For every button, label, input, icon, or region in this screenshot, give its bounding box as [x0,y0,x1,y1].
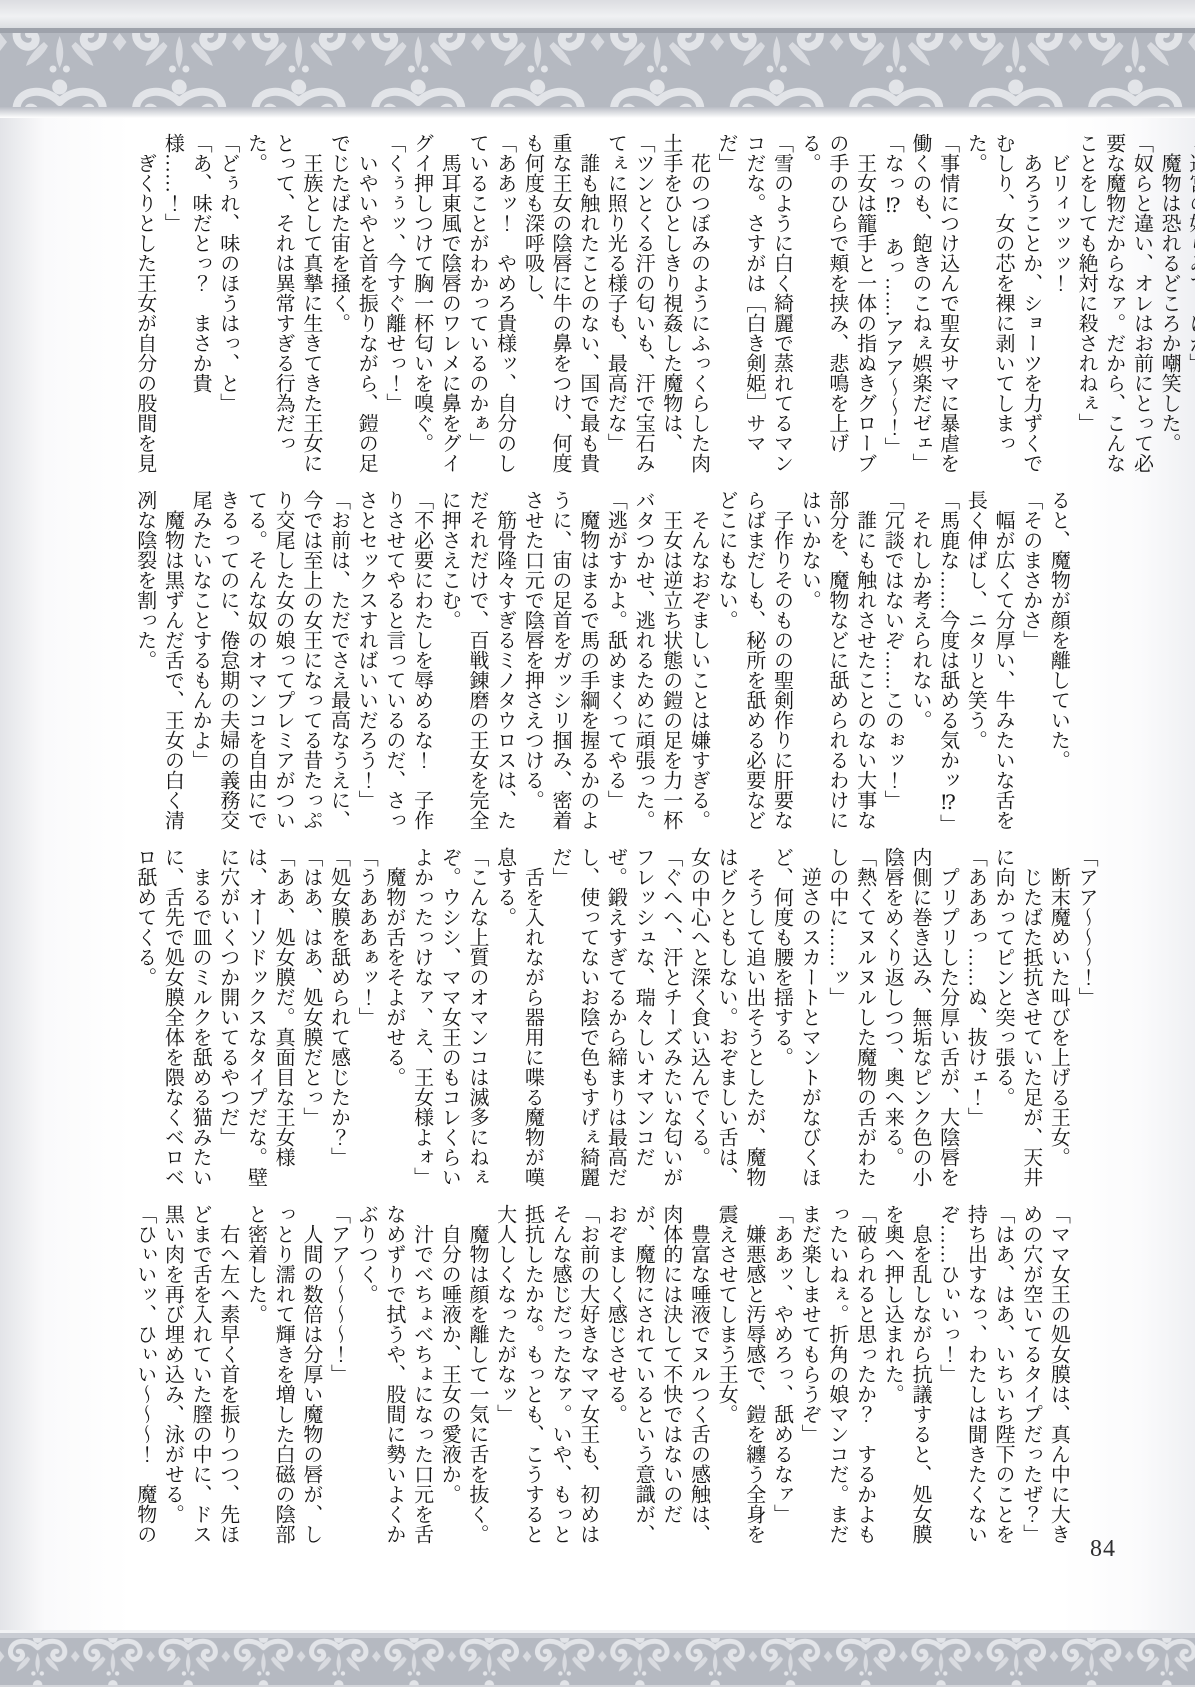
paragraph: 「雪のように白く綺麗で蒸れてるマンコだな。さすがは［白き剣姫］サマだ」 [711,133,794,473]
paragraph: 「あ、味だとっ？ まさか貴様……！」 [158,133,213,473]
paragraph: 魔物は顔を離して一気に舌を抜く。 [462,1204,490,1544]
paragraph: 「熱くてヌルヌルした魔物の舌がわたしの中に……ッ」 [822,847,877,1187]
paragraph: 「迷宮の奴らみてぇにか」 [1182,133,1195,473]
paragraph: あろうことか、ショーツを力ずくでむしり、女の芯を裸に剥いてしまった。 [961,133,1044,473]
paragraph: 断末魔めいた叫びを上げる王女。 [1044,847,1072,1187]
paragraph: 息を乱しながら抗議すると、処女膜を奥へ押し込まれた。 [878,1204,933,1544]
paragraph: 「ああッ、やめろっ、舐めるなァ」 [767,1204,795,1544]
paragraph: ると、魔物が顔を離していた。 [1044,490,1072,830]
paragraph: 逆さのスカートとマントがなびくほど、何度も腰を揺する。 [767,847,822,1187]
paragraph: 誰も触れたことのない、国で最も貴重な王女の陰唇に牛の鼻をつけ、何度も何度も深呼吸… [518,133,601,473]
paragraph: 「処女膜を舐められて感じたか？」 [324,847,352,1187]
text-band-3: 「アア～～～！」 断末魔めいた叫びを上げる王女。 じたばた抵抗させていた足が、天… [130,847,1099,1187]
ornamental-border-bottom-icon [0,1630,1195,1687]
page-number: 84 [1077,1536,1129,1563]
paragraph: 自分の唾液か、王女の愛液か。 [435,1204,463,1544]
text-band-1: 「迷宮の奴らみてぇにか」 魔物は恐れるどころか嘲笑した。「奴らと違い、オレはお前… [130,133,1195,473]
paragraph: 右へ左へ素早く首を振りつつ、先ほどまで舌を入れていた膣の中に、ドス黒い肉を再び埋… [158,1204,241,1544]
paragraph: 魔物はまるで馬の手綱を握るかのように、宙の足首をガッシリ掴み、密着させた口元で陰… [518,490,601,830]
paragraph: 汁でべちょべちょになった口元を舌なめずりで拭うや、股間に勢いよくかぶりつく。 [352,1204,435,1544]
paragraph: 「アア～～～～！」 [324,1204,352,1544]
paragraph: 魔物が舌をそよがせる。 [379,847,407,1187]
book-page-scan: { "page": { "number": "84", "bands": [ {… [0,0,1195,1687]
paragraph: 豊富な唾液でヌルつく舌の感触は、肉体的には決して不快ではないのだが、魔物にされて… [601,1204,712,1544]
page-content: 「迷宮の奴らみてぇにか」 魔物は恐れるどころか嘲笑した。「奴らと違い、オレはお前… [130,133,1073,1561]
paragraph: 「そのまさかさ」 [1016,490,1044,830]
paragraph: 「事情につけ込んで聖女サマに暴虐を働くのも、飽きのこねぇ娯楽だゼェ」 [905,133,960,473]
paragraph: 「くぅぅッ、今すぐ離せっ！」 [379,133,407,473]
paragraph: 「ツンとくる汗の匂いも、汗で宝石みてぇに照り光る様子も、最高だな」 [601,133,656,473]
paragraph: 「お前の大好きなママ女王も、初めはそんな感じだったなァ。いや、もっと抵抗したかな… [490,1204,601,1544]
paragraph: 「アア～～～！」 [1071,847,1099,1187]
paragraph: 子作りそのものの聖剣作りに肝要ならばまだしも、秘所を舐める必要などどこにもない。 [711,490,794,830]
paragraph: ビリィッッッ！ [1044,133,1072,473]
paragraph: 王女は籠手と一体の指ぬきグローブの手のひらで頬を挟み、悲鳴を上げる。 [795,133,878,473]
paragraph: いやいやと首を振りながら、鎧の足でじたばた宙を掻く。 [324,133,379,473]
paragraph: 「あああっ……ぬ、抜けェ！」 [961,847,989,1187]
paragraph: じたばた抵抗させていた足が、天井に向かってピンと突っ張る。 [988,847,1043,1187]
paragraph: 人間の数倍は分厚い魔物の唇が、しっとり濡れて輝きを増した白磁の陰部と密着した。 [241,1204,324,1544]
paragraph: まるで皿のミルクを舐める猫みたいに、舌先で処女膜全体を隈なくベロベロ舐めてくる。 [130,847,213,1187]
paragraph: 「こんな上質のオマンコは滅多にねぇぞ。ウシシ、ママ女王のもコレくらいよかったっけ… [407,847,490,1187]
paragraph: 「不必要にわたしを辱めるな！ 子作りさせてやると言っているのだ、さっさとセックス… [352,490,435,830]
paragraph: 「馬鹿な……今度は舐める気かッ⁉」 [933,490,961,830]
text-band-2: ると、魔物が顔を離していた。「そのまさかさ」 幅が広くて分厚い、牛みたいな舌を長… [130,490,1071,830]
paragraph: 「ひぃいッ、ひぃい～～～！ 魔物の [130,1204,158,1544]
paragraph: 「はあ、はあ、処女膜だとっ」 [296,847,324,1187]
paragraph: 王族として真摯に生きてきた王女にとって、それは異常すぎる行為だった。 [241,133,324,473]
paragraph: 「奴らと違い、オレはお前にとって必要な魔物だからなァ。だから、こんなことをしても… [1071,133,1154,473]
paragraph: 舌を入れながら器用に喋る魔物が嘆息する。 [490,847,545,1187]
paragraph: 「うあああぁッ！」 [352,847,380,1187]
paragraph: ぎくりとした王女が自分の股間を見 [130,133,158,473]
paragraph: 馬耳東風で陰唇のワレメに鼻をグイグイ押しつけて胸一杯匂いを嗅ぐ。 [407,133,462,473]
paragraph: 魔物は黒ずんだ舌で、王女の白く清冽な陰裂を割った。 [130,490,185,830]
paragraph: 「ああッ！ やめろ貴様ッ、自分のしていることがわかっているのかぁ」 [462,133,517,473]
paragraph: 「ああ、処女膜だ。真面目な王女様は、オーソドックスなタイプだな。壁に穴がいくつか… [213,847,296,1187]
paragraph: 「はあ、はあ、いちいち陛下のことを持ち出すなっ、わたしは聞きたくないぞ……ひぃい… [933,1204,1016,1544]
paragraph: 「ぐへへ、汗とチーズみたいな匂いがフレッシュな、瑞々しいオマンコだぜ。鍛えすぎて… [545,847,683,1187]
ornamental-border-top-icon [0,0,1195,118]
paragraph: プリプリした分厚い舌が、大陰唇を内側に巻き込み、無垢なピンク色の小陰唇をめくり返… [878,847,961,1187]
paragraph: 筋骨隆々すぎるミノタウロスは、ただそれだけで、百戦錬磨の王女を完全に押さえこむ。 [435,490,518,830]
paragraph: それしか考えられない。 [905,490,933,830]
paragraph: 誰にも触れさせたことのない大事な部分を、魔物などに舐められるわけにはいかない。 [795,490,878,830]
paragraph: 「お前は、ただでさえ最高なうえに、今では至上の女王になってる昔たっぷり交尾した女… [185,490,351,830]
paragraph: 魔物は恐れるどころか嘲笑した。 [1154,133,1182,473]
paragraph: 「冗談ではないぞ……このぉッ！」 [878,490,906,830]
paragraph: 「なっ⁉ あっ……アアア～～！」 [878,133,906,473]
paragraph: 「どぅれ、味のほうはっ、と」 [213,133,241,473]
paragraph: 「破られると思ったか？ するかよもったいねぇ。折角の娘マンコだ。まだまだ楽しませ… [795,1204,878,1544]
paragraph: 嫌悪感と汚辱感で、鎧を纏う全身を震えさせてしまう王女。 [711,1204,766,1544]
paragraph: 幅が広くて分厚い、牛みたいな舌を長く伸ばし、ニタリと笑う。 [961,490,1016,830]
paragraph: 王女は逆立ち状態の鎧の足を力一杯バタつかせ、逃れるために頑張った。 [628,490,683,830]
page: 「迷宮の奴らみてぇにか」 魔物は恐れるどころか嘲笑した。「奴らと違い、オレはお前… [0,0,1195,1687]
paragraph: 花のつぼみのようにふっくらした肉土手をひとしきり視姦した魔物は、 [656,133,711,473]
paragraph: 「逃がすかよ。舐めまくってやる」 [601,490,629,830]
paragraph: 「ママ女王の処女膜は、真ん中に大きめの穴が空いてるタイプだったぜ？」 [1016,1204,1071,1544]
paragraph: そんなおぞましいことは嫌すぎる。 [684,490,712,830]
paragraph: そうして追い出そうとしたが、魔物はビクともしない。おぞましい舌は、女の中心へと深… [684,847,767,1187]
text-band-4: 「ママ女王の処女膜は、真ん中に大きめの穴が空いてるタイプだったぜ？」「はあ、はあ… [130,1204,1071,1544]
